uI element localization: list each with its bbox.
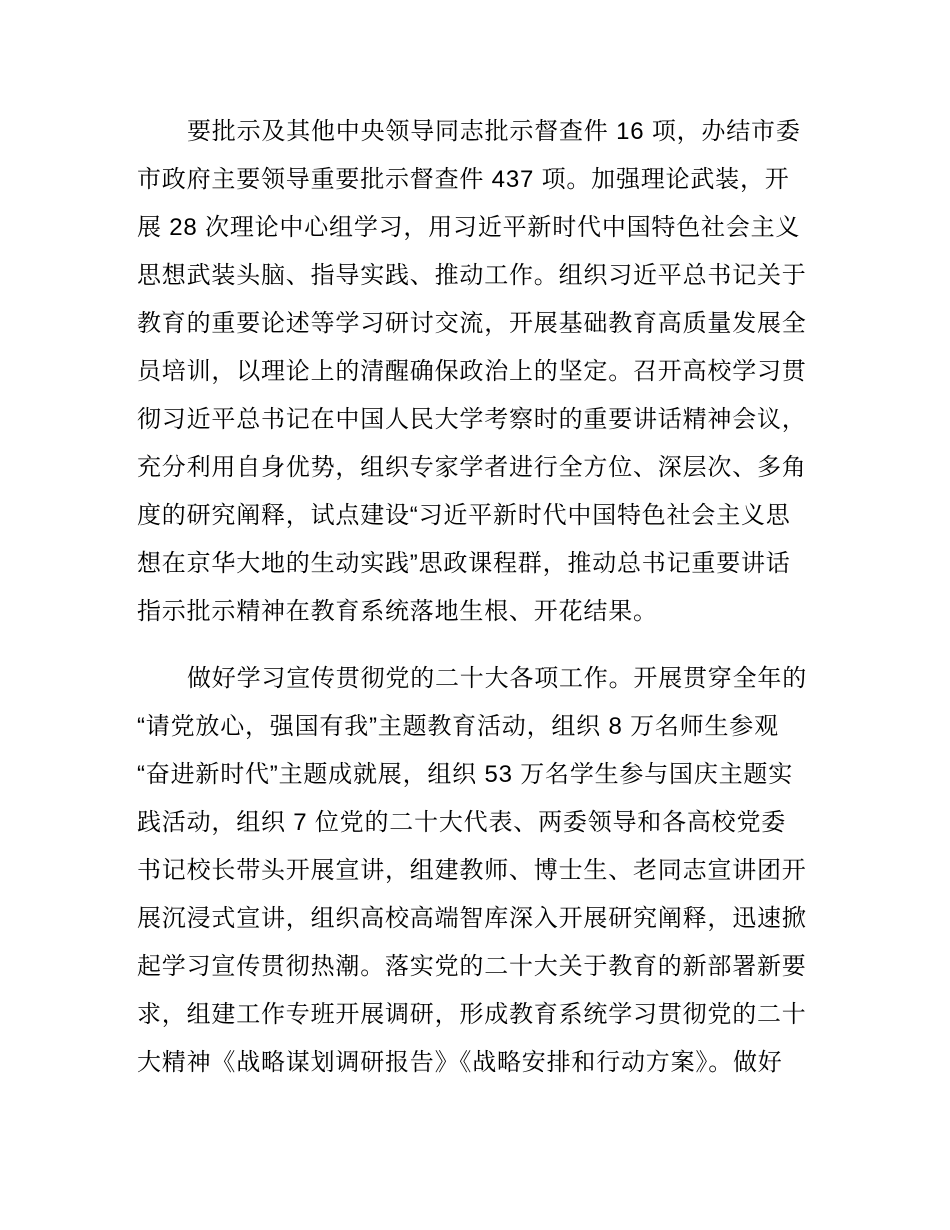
text-line: 书记校长带头开展宣讲，组建教师、博士生、老同志宣讲团开 bbox=[137, 847, 832, 895]
paragraph-1: 要批示及其他中央领导同志批示督查件 16 项，办结市委 市政府主要领导重要批示督… bbox=[137, 108, 832, 636]
text-line: 想在京华大地的生动实践”思政课程群，推动总书记重要讲话 bbox=[137, 540, 832, 588]
text-line: 度的研究阐释，试点建设“习近平新时代中国特色社会主义思 bbox=[137, 492, 832, 540]
text-line: 指示批示精神在教育系统落地生根、开花结果。 bbox=[137, 588, 832, 636]
text-line: 思想武装头脑、指导实践、推动工作。组织习近平总书记关于 bbox=[137, 252, 832, 300]
text-line: 教育的重要论述等学习研讨交流，开展基础教育高质量发展全 bbox=[137, 300, 832, 348]
text-line: 彻习近平总书记在中国人民大学考察时的重要讲话精神会议， bbox=[137, 396, 832, 444]
text-line: “请党放心，强国有我”主题教育活动，组织 8 万名师生参观 bbox=[137, 703, 832, 751]
paragraph-2: 做好学习宣传贯彻党的二十大各项工作。开展贯穿全年的 “请党放心，强国有我”主题教… bbox=[137, 655, 832, 1087]
text-line: 要批示及其他中央领导同志批示督查件 16 项，办结市委 bbox=[137, 108, 832, 156]
text-line: 充分利用自身优势，组织专家学者进行全方位、深层次、多角 bbox=[137, 444, 832, 492]
text-line: 起学习宣传贯彻热潮。落实党的二十大关于教育的新部署新要 bbox=[137, 943, 832, 991]
text-line: “奋进新时代”主题成就展，组织 53 万名学生参与国庆主题实 bbox=[137, 751, 832, 799]
document-body: 要批示及其他中央领导同志批示督查件 16 项，办结市委 市政府主要领导重要批示督… bbox=[137, 108, 832, 1087]
document-page: 要批示及其他中央领导同志批示督查件 16 项，办结市委 市政府主要领导重要批示督… bbox=[0, 0, 950, 1230]
text-line: 大精神《战略谋划调研报告》《战略安排和行动方案》。做好 bbox=[137, 1039, 832, 1087]
text-line: 展 28 次理论中心组学习，用习近平新时代中国特色社会主义 bbox=[137, 204, 832, 252]
text-line: 求，组建工作专班开展调研，形成教育系统学习贯彻党的二十 bbox=[137, 991, 832, 1039]
text-line: 展沉浸式宣讲，组织高校高端智库深入开展研究阐释，迅速掀 bbox=[137, 895, 832, 943]
text-line: 员培训，以理论上的清醒确保政治上的坚定。召开高校学习贯 bbox=[137, 348, 832, 396]
text-line: 做好学习宣传贯彻党的二十大各项工作。开展贯穿全年的 bbox=[137, 655, 832, 703]
text-line: 践活动，组织 7 位党的二十大代表、两委领导和各高校党委 bbox=[137, 799, 832, 847]
text-line: 市政府主要领导重要批示督查件 437 项。加强理论武装，开 bbox=[137, 156, 832, 204]
